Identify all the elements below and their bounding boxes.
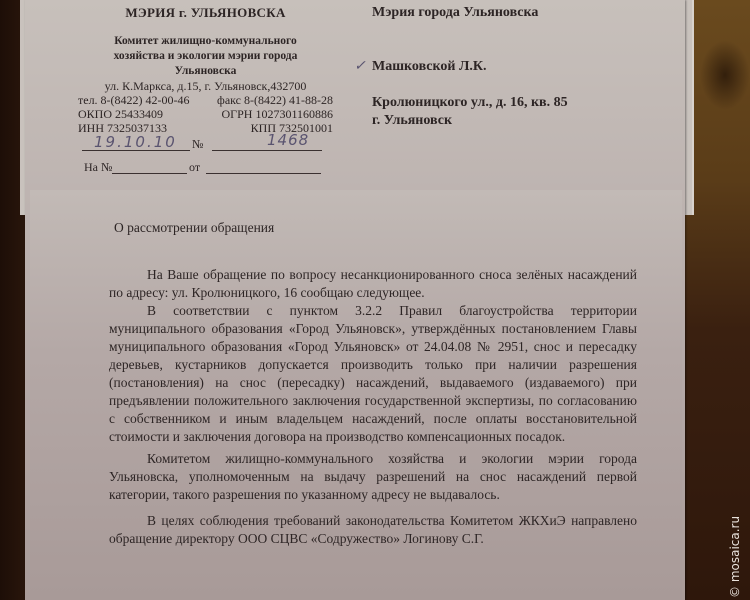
number-label: № (192, 137, 203, 152)
address-text: ул. К.Маркса, д.15, г. Ульяновск,432700 (105, 79, 307, 93)
committee-line: хозяйства и экологии мэрии города (78, 49, 333, 64)
phone: тел. 8-(8422) 42-00-46 (78, 93, 190, 107)
letter-subject: О рассмотрении обращения (114, 220, 274, 236)
committee-name: Комитет жилищно-коммунального хозяйства … (78, 34, 333, 79)
reference-date-line (206, 173, 321, 174)
outgoing-date-number: 19.10.10 № 1468 (82, 133, 322, 153)
addressee-street: Кролюницкого ул., д. 16, кв. 85 (372, 94, 568, 112)
reference-number-label: На № (84, 160, 112, 175)
body-paragraph: В целях соблюдения требований законодате… (109, 512, 637, 548)
reference-number-line (112, 173, 187, 174)
ogrn: ОГРН 1027301160886 (222, 107, 334, 121)
addressee-name: Машковской Л.К. (372, 58, 487, 76)
reference-row: На № от (84, 160, 324, 176)
committee-line: Комитет жилищно-коммунального (78, 34, 333, 49)
letter-body: На Ваше обращение по вопросу несанкциони… (109, 266, 637, 556)
committee-line: Ульяновска (78, 64, 333, 79)
fax: факс 8-(8422) 41-88-28 (217, 93, 333, 107)
body-paragraph: В соответствии с пунктом 3.2.2 Правил бл… (109, 302, 637, 446)
handwritten-number: 1468 (267, 131, 309, 149)
letterhead: МЭРИЯ г. УЛЬЯНОВСКА Комитет жилищно-комм… (78, 2, 333, 135)
handwritten-date: 19.10.10 (94, 133, 177, 151)
background-shadow (700, 40, 750, 110)
committee-address: ул. К.Маркса, д.15, г. Ульяновск,432700 (78, 79, 333, 93)
reference-date-label: от (189, 160, 200, 175)
check-mark-icon: ✓ (354, 58, 366, 76)
okpo: ОКПО 25433409 (78, 107, 163, 121)
date-underline (82, 150, 190, 151)
okpo-ogrn-row: ОКПО 25433409 ОГРН 1027301160886 (78, 107, 333, 121)
body-paragraph: На Ваше обращение по вопросу несанкциони… (109, 266, 637, 302)
watermark: © mosaica.ru (728, 516, 742, 598)
body-paragraph: Комитетом жилищно-коммунального хозяйств… (109, 450, 637, 504)
addressee-organization: Мэрия города Ульяновска (372, 4, 538, 22)
mayor-office-title: МЭРИЯ г. УЛЬЯНОВСКА (78, 5, 333, 21)
addressee-city: г. Ульяновск (372, 112, 452, 130)
number-underline (212, 150, 322, 151)
contact-row: тел. 8-(8422) 42-00-46 факс 8-(8422) 41-… (78, 93, 333, 107)
